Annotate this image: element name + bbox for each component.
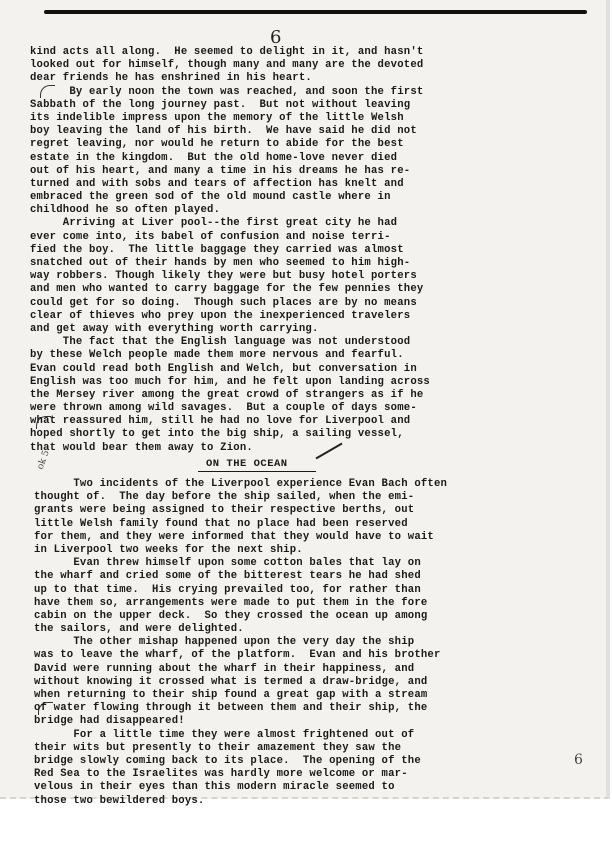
text-line: kind acts all along. He seemed to deligh… <box>30 46 510 59</box>
text-line: in Liverpool two weeks for the next ship… <box>34 544 514 557</box>
text-line: Sabbath of the long journey past. But no… <box>30 99 510 112</box>
text-line: was to leave the wharf, of the platform.… <box>34 649 514 662</box>
page-number: 6 <box>270 27 281 48</box>
text-line: grants were being assigned to their resp… <box>34 504 514 517</box>
text-line: by these Welch people made them more ner… <box>30 349 510 362</box>
text-line: its indelible impress upon the memory of… <box>30 112 510 125</box>
text-line: their wits but presently to their amazem… <box>34 742 514 755</box>
text-line: boy leaving the land of his birth. We ha… <box>30 125 510 138</box>
text-line: for them, and they were informed that th… <box>34 531 514 544</box>
text-line: those two bewildered boys. <box>34 795 514 808</box>
text-line: Evan could read both English and Welch, … <box>30 363 510 376</box>
margin-page-number: 6 <box>574 752 583 768</box>
text-line: bridge had disappeared! <box>34 715 514 728</box>
text-line: the Mersey river among the great crowd o… <box>30 389 510 402</box>
text-line: snatched out of their hands by men who s… <box>30 257 510 270</box>
text-line: up to that time. His crying prevailed to… <box>34 584 514 597</box>
text-line: The fact that the English language was n… <box>30 336 510 349</box>
text-line: For a little time they were almost frigh… <box>34 729 514 742</box>
text-line: English was too much for him, and he fel… <box>30 376 510 389</box>
text-line: embraced the green sod of the old mound … <box>30 191 510 204</box>
text-line: when returning to their ship found a gre… <box>34 689 514 702</box>
text-line: without knowing it crossed what is terme… <box>34 676 514 689</box>
text-line: estate in the kingdom. But the old home-… <box>30 152 510 165</box>
text-line: Red Sea to the Israelites was hardly mor… <box>34 768 514 781</box>
body-text-part-1: kind acts all along. He seemed to deligh… <box>30 46 510 455</box>
body-text-part-2: Two incidents of the Liverpool experienc… <box>34 478 514 808</box>
text-line: little Welsh family found that no place … <box>34 518 514 531</box>
text-line: could get for so doing. Though such plac… <box>30 297 510 310</box>
text-line: clear of thieves who prey upon the inexp… <box>30 310 510 323</box>
text-line: regret leaving, nor would he return to a… <box>30 138 510 151</box>
text-line: hoped shortly to get into the big ship, … <box>30 428 510 441</box>
text-line: ever come into, its babel of confusion a… <box>30 231 510 244</box>
text-line: Arriving at Liver pool--the first great … <box>30 217 510 230</box>
top-rule-divider <box>44 10 587 14</box>
text-line: thought of. The day before the ship sail… <box>34 491 514 504</box>
typewritten-page: 6 kind acts all along. He seemed to deli… <box>0 0 610 799</box>
text-line: the sailors, and were delighted. <box>34 623 514 636</box>
text-line: have them so, arrangements were made to … <box>34 597 514 610</box>
text-line: and get away with everything worth carry… <box>30 323 510 336</box>
text-line: The other mishap happened upon the very … <box>34 636 514 649</box>
section-heading: ON THE OCEAN <box>198 458 316 472</box>
text-line: dear friends he has enshrined in his hea… <box>30 72 510 85</box>
text-line: were thrown among wild savages. But a co… <box>30 402 510 415</box>
text-line: By early noon the town was reached, and … <box>30 86 510 99</box>
text-line: Two incidents of the Liverpool experienc… <box>34 478 514 491</box>
text-line: looked out for himself, though many and … <box>30 59 510 72</box>
text-line: cabin on the upper deck. So they crossed… <box>34 610 514 623</box>
text-line: David were running about the wharf in th… <box>34 663 514 676</box>
text-line: that would bear them away to Zion. <box>30 442 510 455</box>
text-line: turned and with sobs and tears of affect… <box>30 178 510 191</box>
text-line: Evan threw himself upon some cotton bale… <box>34 557 514 570</box>
text-line: childhood he so often played. <box>30 204 510 217</box>
text-line: the wharf and cried some of the bitteres… <box>34 570 514 583</box>
text-line: way robbers. Though likely they were but… <box>30 270 510 283</box>
text-line: of water flowing through it between them… <box>34 702 514 715</box>
text-line: fied the boy. The little baggage they ca… <box>30 244 510 257</box>
text-line: out of his heart, and many a time in his… <box>30 165 510 178</box>
text-line: bridge slowly coming back to its place. … <box>34 755 514 768</box>
text-line: what reassured him, still he had no love… <box>30 415 510 428</box>
text-line: and men who wanted to carry baggage for … <box>30 283 510 296</box>
text-line: velous in their eyes than this modern mi… <box>34 781 514 794</box>
